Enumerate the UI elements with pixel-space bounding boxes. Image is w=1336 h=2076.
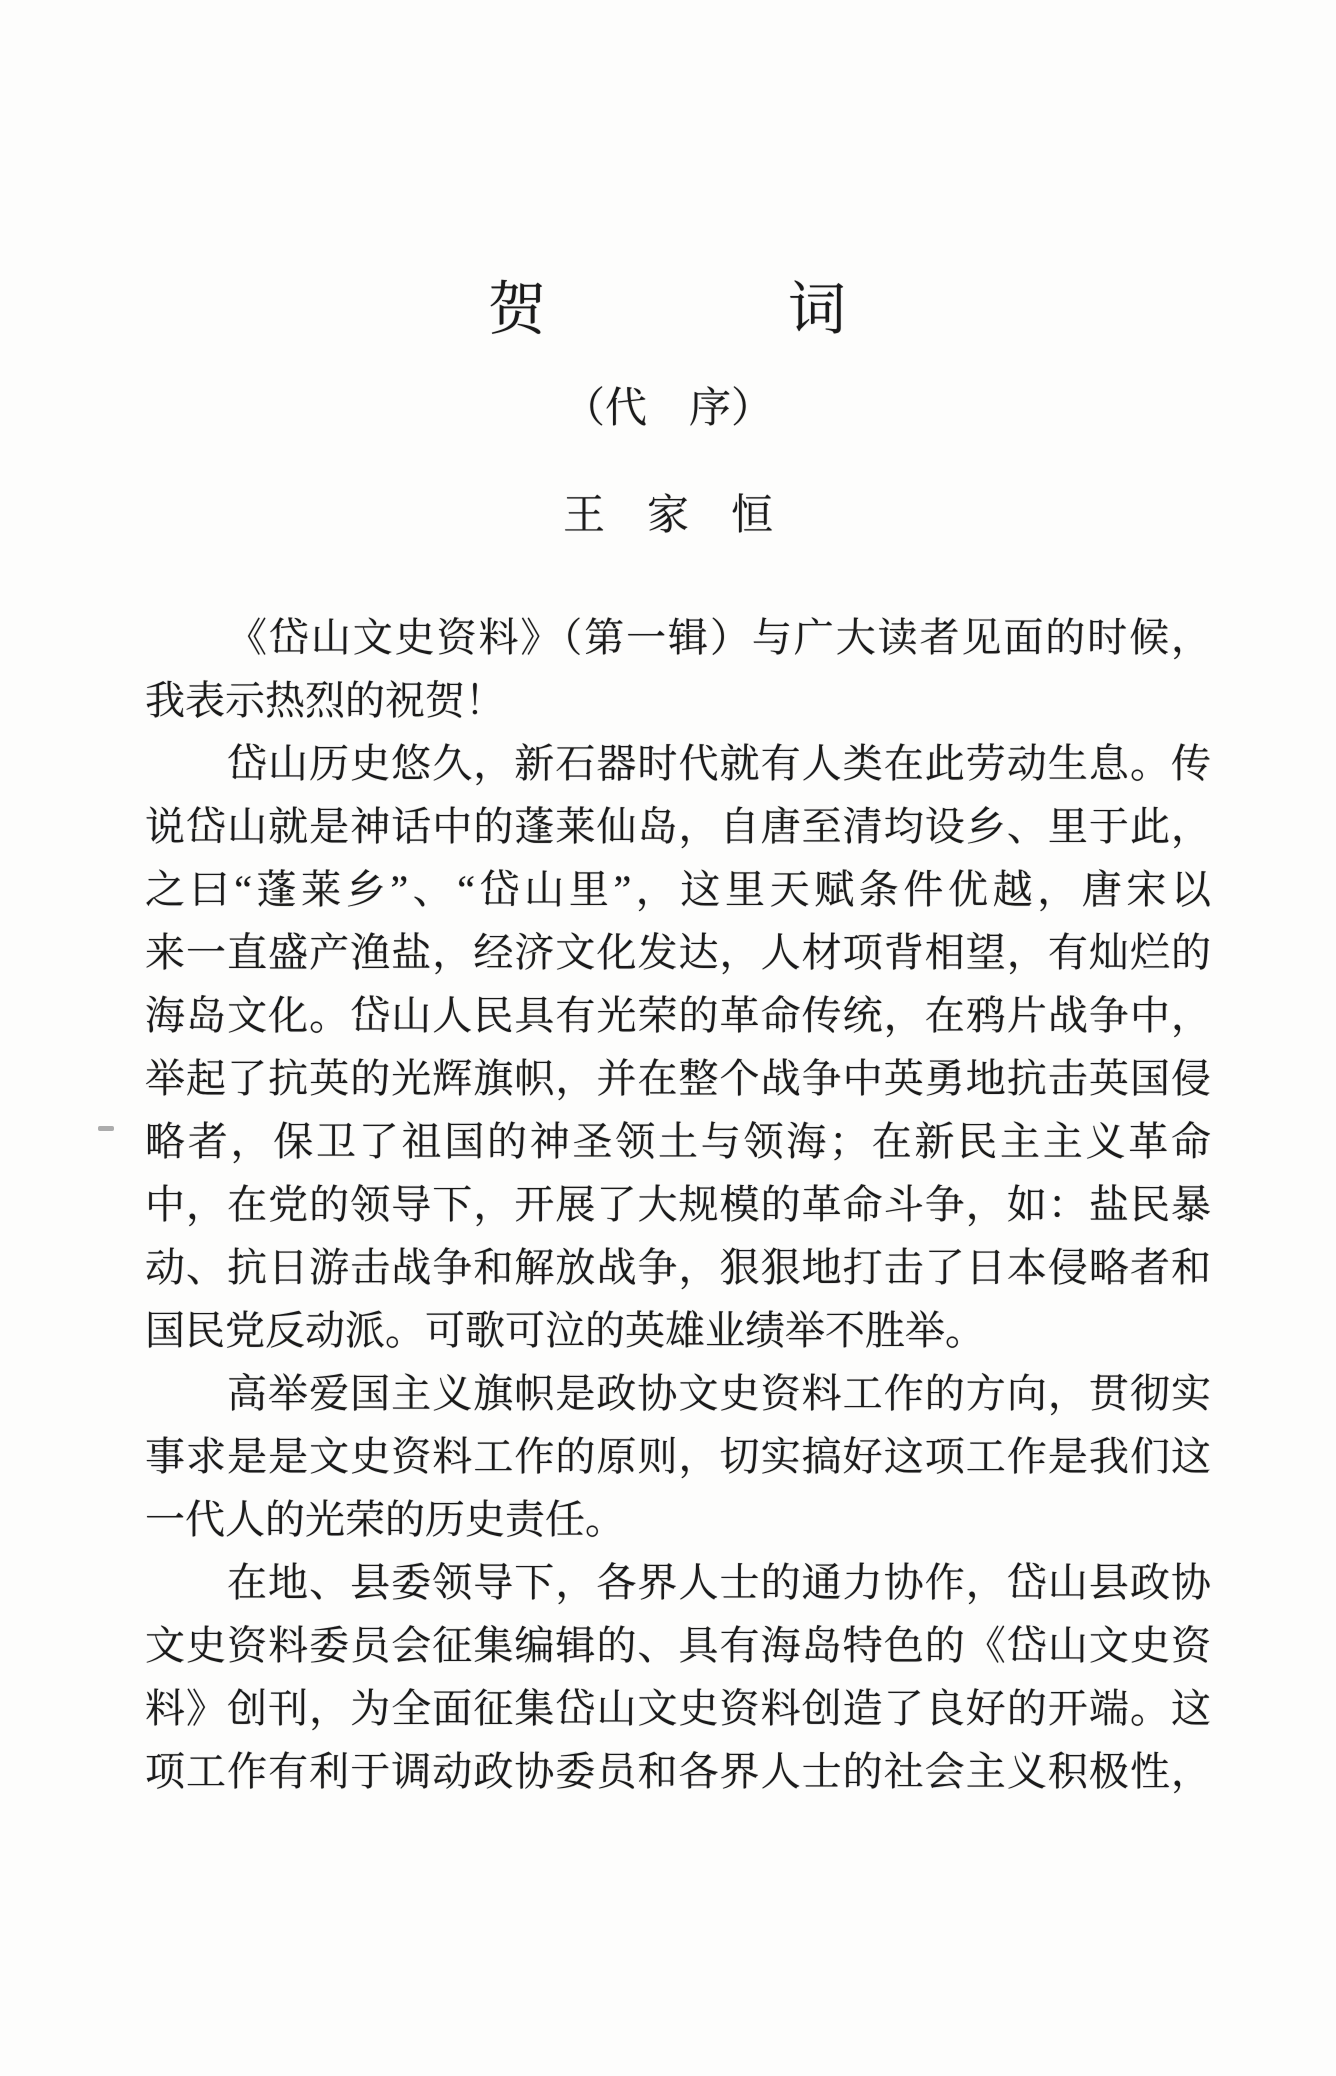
body-line: 海岛文化。岱山人民具有光荣的革命传统，在鸦片战争中， (145, 984, 1211, 1047)
body-line: 项工作有利于调动政协委员和各界人士的社会主义积极性， (145, 1740, 1211, 1803)
body-line: 一代人的光荣的历史责任。 (145, 1488, 1211, 1551)
scanned-book-page: 贺 词 （代 序） 王 家 恒 《岱山文史资料》（第一辑）与广大读者见面的时候，… (0, 0, 1336, 2076)
body-line: 来一直盛产渔盐，经济文化发达，人材项背相望，有灿烂的 (145, 921, 1211, 984)
body-line: 在地、县委领导下，各界人士的通力协作，岱山县政协 (145, 1551, 1211, 1614)
body-line: 动、抗日游击战争和解放战争，狠狠地打击了日本侵略者和 (145, 1236, 1211, 1299)
page-title: 贺 词 (0, 272, 1336, 348)
author-name: 王 家 恒 (0, 488, 1336, 544)
body-line: 举起了抗英的光辉旗帜，并在整个战争中英勇地抗击英国侵 (145, 1047, 1211, 1110)
body-line: 我表示热烈的祝贺！ (145, 669, 1211, 732)
body-line: 高举爱国主义旗帜是政协文史资料工作的方向，贯彻实 (145, 1362, 1211, 1425)
page-subtitle: （代 序） (0, 380, 1336, 438)
body-line: 《岱山文史资料》（第一辑）与广大读者见面的时候， (145, 606, 1211, 669)
body-line: 料》创刊，为全面征集岱山文史资料创造了良好的开端。这 (145, 1677, 1211, 1740)
scan-artifact-mark (98, 1126, 114, 1131)
body-line: 略者，保卫了祖国的神圣领土与领海；在新民主主义革命 (145, 1110, 1211, 1173)
body-line: 文史资料委员会征集编辑的、具有海岛特色的《岱山文史资 (145, 1614, 1211, 1677)
body-line: 之曰“蓬莱乡”、“岱山里”，这里天赋条件优越，唐宋以 (145, 858, 1211, 921)
body-text: 《岱山文史资料》（第一辑）与广大读者见面的时候，我表示热烈的祝贺！岱山历史悠久，… (145, 606, 1211, 1803)
body-line: 事求是是文史资料工作的原则，切实搞好这项工作是我们这 (145, 1425, 1211, 1488)
body-line: 说岱山就是神话中的蓬莱仙岛，自唐至清均设乡、里于此，称 (145, 795, 1211, 858)
body-line: 国民党反动派。可歌可泣的英雄业绩举不胜举。 (145, 1299, 1211, 1362)
body-line: 岱山历史悠久，新石器时代就有人类在此劳动生息。传 (145, 732, 1211, 795)
body-line: 中，在党的领导下，开展了大规模的革命斗争，如：盐民暴 (145, 1173, 1211, 1236)
